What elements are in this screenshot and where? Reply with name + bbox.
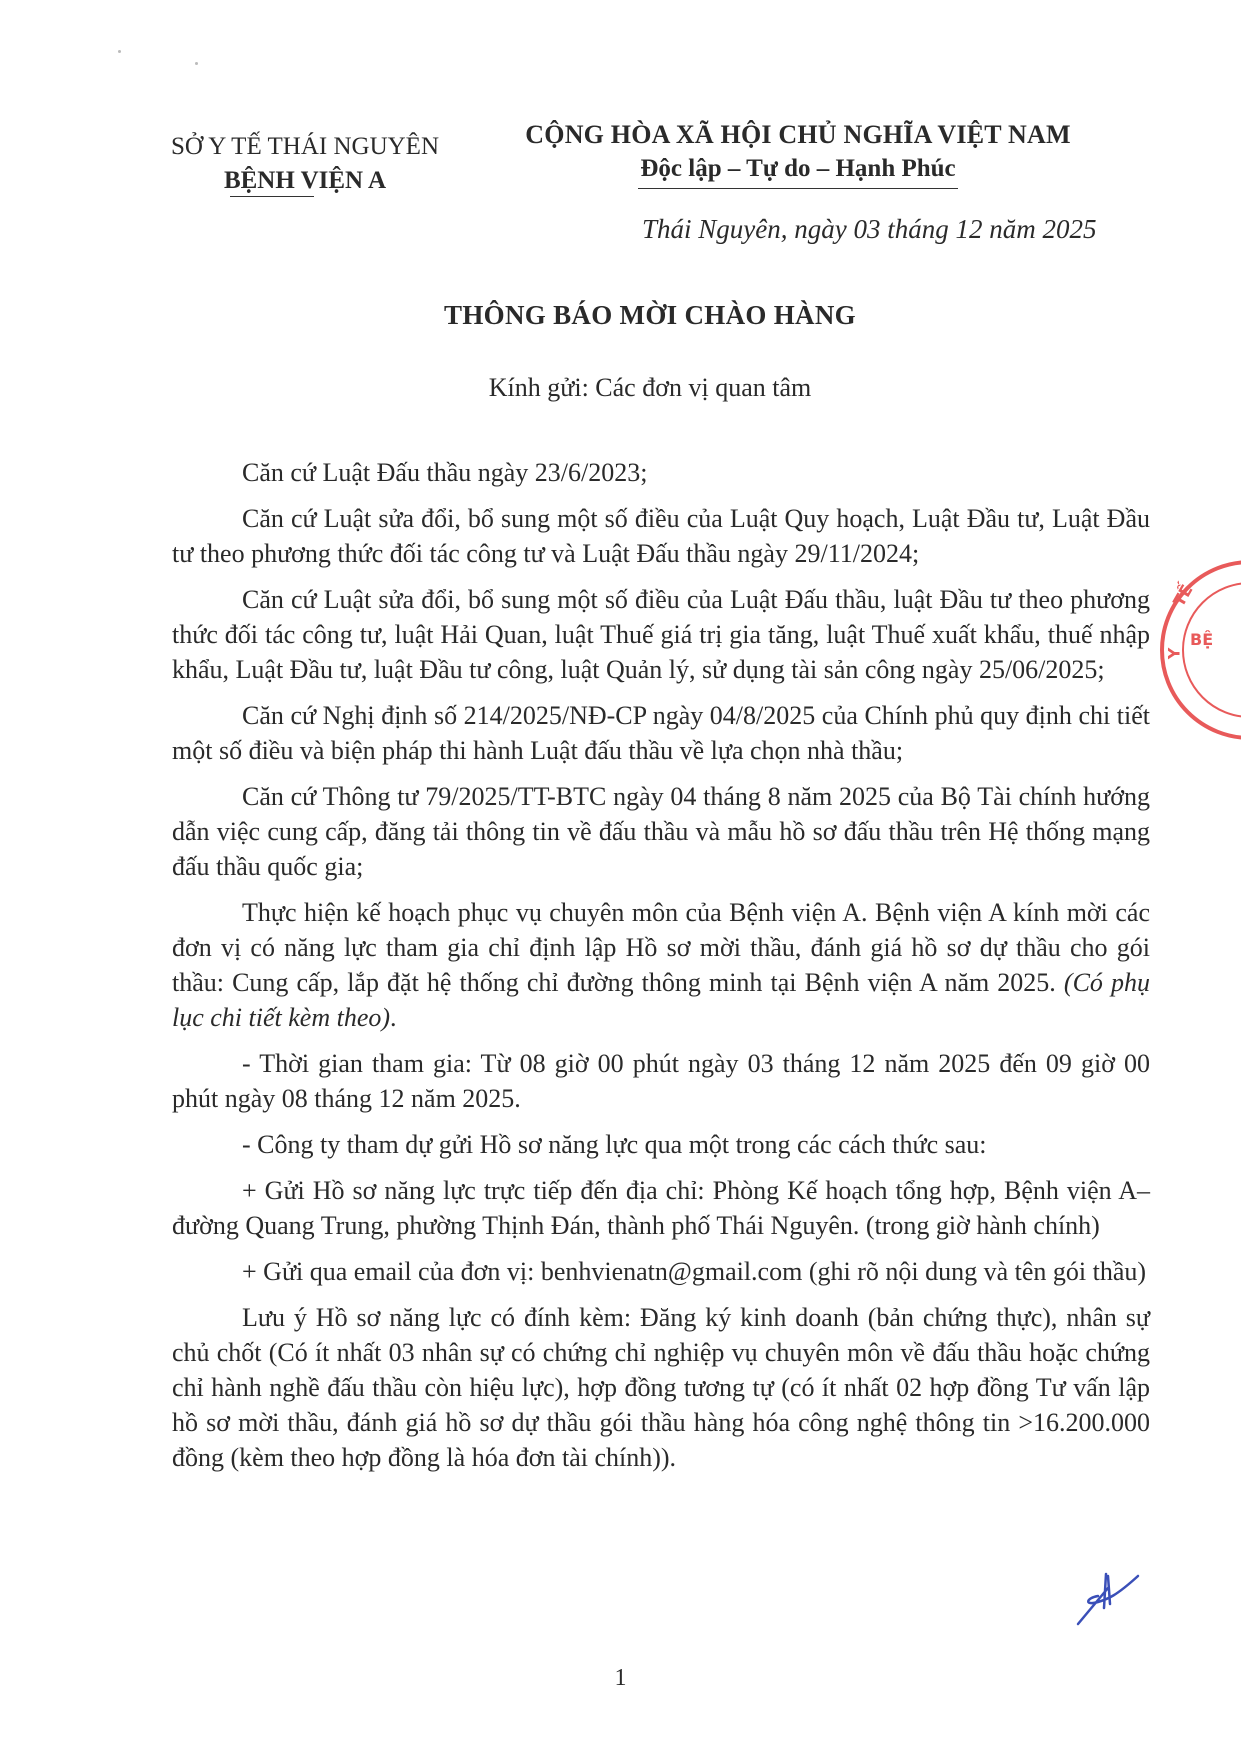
legal-basis-2: Căn cứ Luật sửa đổi, bổ sung một số điều… — [172, 501, 1150, 571]
legal-basis-1: Căn cứ Luật Đấu thầu ngày 23/6/2023; — [172, 455, 1150, 490]
participation-time: - Thời gian tham gia: Từ 08 giờ 00 phút … — [172, 1046, 1150, 1116]
red-seal-stamp: TẾ BỆ Y — [1160, 560, 1241, 740]
scan-speck — [118, 50, 121, 53]
legal-basis-3: Căn cứ Luật sửa đổi, bổ sung một số điều… — [172, 582, 1150, 687]
unit-name: BỆNH VIỆN A — [224, 164, 386, 198]
invitation-paragraph: Thực hiện kế hoạch phục vụ chuyên môn củ… — [172, 895, 1150, 1035]
date-line: Thái Nguyên, ngày 03 tháng 12 năm 2025 — [642, 214, 1096, 245]
agency-name: SỞ Y TẾ THÁI NGUYÊN — [150, 130, 460, 164]
national-motto: Độc lập – Tự do – Hạnh Phúc — [638, 152, 957, 189]
submission-intro: - Công ty tham dự gửi Hồ sơ năng lực qua… — [172, 1127, 1150, 1162]
attachment-note: Lưu ý Hồ sơ năng lực có đính kèm: Đăng k… — [172, 1300, 1150, 1475]
national-header: CỘNG HÒA XÃ HỘI CHỦ NGHĨA VIỆT NAM Độc l… — [498, 118, 1098, 189]
invitation-text: Thực hiện kế hoạch phục vụ chuyên môn củ… — [172, 898, 1150, 997]
email-suffix: (ghi rõ nội dung và tên gói thầu) — [802, 1257, 1146, 1286]
email-prefix: + Gửi qua email của đơn vị: — [242, 1257, 541, 1286]
submission-email: + Gửi qua email của đơn vị: benhvienatn@… — [172, 1254, 1150, 1289]
stamp-inner-ring — [1182, 582, 1241, 718]
document-body: Căn cứ Luật Đấu thầu ngày 23/6/2023; Căn… — [172, 455, 1150, 1486]
signature-mark — [1068, 1568, 1148, 1628]
submission-direct: + Gửi Hồ sơ năng lực trực tiếp đến địa c… — [172, 1173, 1150, 1243]
issuing-agency-block: SỞ Y TẾ THÁI NGUYÊN BỆNH VIỆN A — [150, 130, 460, 198]
document-title: THÔNG BÁO MỜI CHÀO HÀNG — [0, 300, 1241, 331]
nation-name: CỘNG HÒA XÃ HỘI CHỦ NGHĨA VIỆT NAM — [498, 118, 1098, 152]
legal-basis-4: Căn cứ Nghị định số 214/2025/NĐ-CP ngày … — [172, 698, 1150, 768]
stamp-text: Y — [1164, 648, 1183, 660]
stamp-text: TẾ — [1169, 581, 1196, 609]
stamp-text: BỆ — [1190, 630, 1213, 649]
invitation-end: . — [390, 1003, 397, 1032]
greeting: Kính gửi: Các đơn vị quan tâm — [0, 373, 1241, 403]
scan-speck — [195, 62, 198, 65]
email-address[interactable]: benhvienatn@gmail.com — [541, 1257, 803, 1286]
page-number: 1 — [0, 1665, 1241, 1692]
legal-basis-5: Căn cứ Thông tư 79/2025/TT-BTC ngày 04 t… — [172, 779, 1150, 884]
